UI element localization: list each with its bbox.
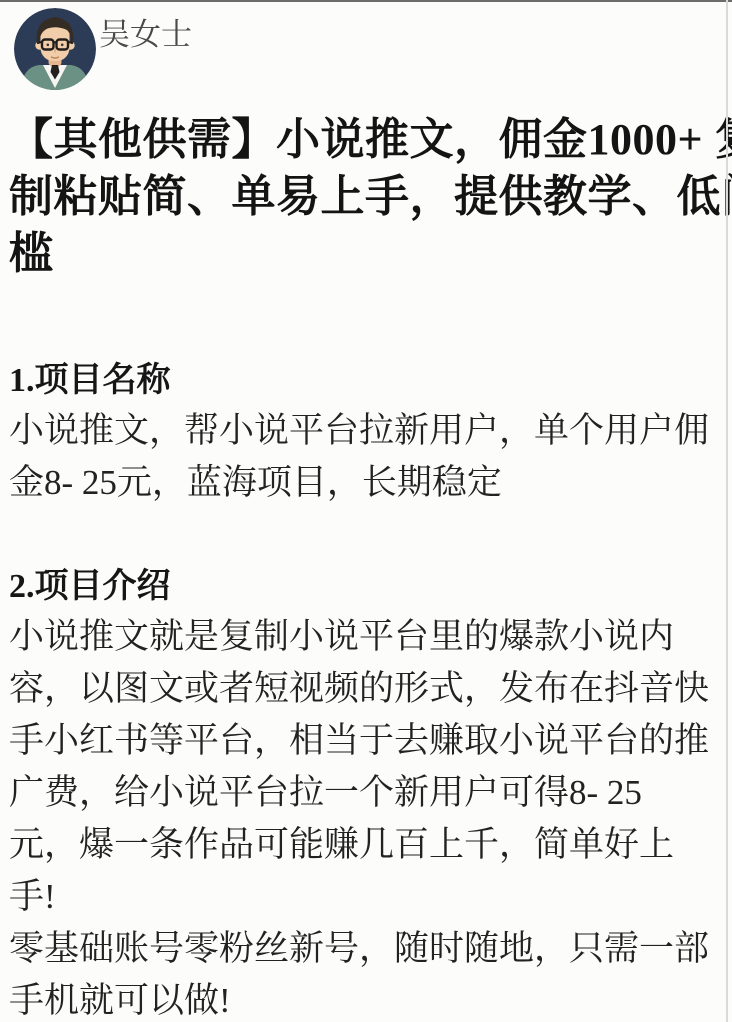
text-line: 槛	[9, 225, 718, 282]
text-line: 制粘贴简、单易上手，提供教学、低门	[9, 168, 718, 225]
text-line: 手机就可以做!	[9, 975, 732, 1022]
section-1-body: 小说推文，帮小说平台拉新用户，单个用户佣金8- 25元，蓝海项目，长期稳定	[9, 405, 732, 509]
text-line: 金8- 25元，蓝海项目，长期稳定	[9, 457, 732, 509]
author-name: 吴女士	[99, 16, 192, 54]
text-line: 【其他供需】小说推文，佣金1000+ 复	[9, 111, 718, 168]
section-1-heading: 1.项目名称	[9, 357, 732, 405]
text-line: 元，爆一条作品可能赚几百上千，简单好上	[9, 819, 732, 871]
text-line: 手!	[9, 871, 732, 923]
section-2-body: 小说推文就是复制小说平台里的爆款小说内容，以图文或者短视频的形式，发布在抖音快手…	[9, 611, 732, 1022]
user-avatar[interactable]	[14, 8, 96, 90]
post-title: 【其他供需】小说推文，佣金1000+ 复制粘贴简、单易上手，提供教学、低门槛	[9, 111, 718, 282]
post-page: 吴女士 【其他供需】小说推文，佣金1000+ 复制粘贴简、单易上手，提供教学、低…	[0, 0, 732, 1022]
text-line: 零基础账号零粉丝新号，随时随地，只需一部	[9, 923, 732, 975]
avatar-right-eye	[61, 44, 64, 47]
avatar-left-eye	[47, 44, 50, 47]
text-line: 手小红书等平台，相当于去赚取小说平台的推	[9, 715, 732, 767]
text-line: 小说推文就是复制小说平台里的爆款小说内	[9, 611, 732, 663]
page-right-border	[726, 0, 728, 1022]
section-project-name: 1.项目名称 小说推文，帮小说平台拉新用户，单个用户佣金8- 25元，蓝海项目，…	[0, 357, 732, 509]
text-line: 广费，给小说平台拉一个新用户可得8- 25	[9, 767, 732, 819]
text-line: 容，以图文或者短视频的形式，发布在抖音快	[9, 663, 732, 715]
author-header: 吴女士	[0, 0, 732, 90]
text-line: 小说推文，帮小说平台拉新用户，单个用户佣	[9, 405, 732, 457]
avatar-man-glasses-icon	[14, 8, 96, 90]
section-project-intro: 2.项目介绍 小说推文就是复制小说平台里的爆款小说内容，以图文或者短视频的形式，…	[0, 563, 732, 1022]
section-2-heading: 2.项目介绍	[9, 563, 732, 611]
